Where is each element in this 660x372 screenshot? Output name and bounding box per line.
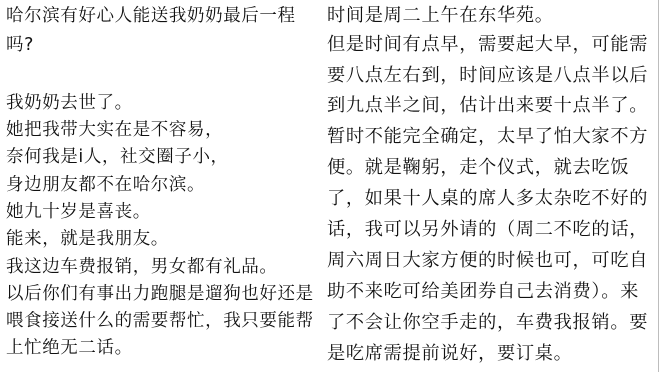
- text-line: 我这边车费报销，男女都有礼品。: [6, 255, 278, 279]
- text-line: 助不来吃可给美团券自己去消费）。来: [327, 280, 639, 304]
- text-line: 是吃席需提前说好，要订桌。: [327, 342, 573, 366]
- text-line: 周六周日大家方便的时候也可，可吃自: [327, 249, 648, 273]
- message-panel-left: 哈尔滨有好心人能送我奶奶最后一程 吗? 我奶奶去世了。 她把我带大实在是不容易，…: [0, 0, 318, 372]
- text-line: 但是时间有点早，需要起大早，可能需: [327, 33, 648, 57]
- text-line: 了不会让你空手走的，车费我报销。要: [327, 311, 648, 335]
- text-line: 她九十岁是喜丧。: [6, 200, 151, 224]
- text-line: 吗?: [6, 33, 34, 57]
- text-line: 身边朋友都不在哈尔滨。: [6, 173, 205, 197]
- text-line: 话，我可以另外请的（周二不吃的话，: [327, 218, 648, 242]
- text-line: 便。就是鞠躬，走个仪式，就去吃饭: [327, 156, 629, 180]
- text-line: 她把我带大实在是不容易，: [6, 118, 223, 142]
- text-line: 奈何我是i人，社交圈子小，: [6, 145, 229, 169]
- text-line: 暂时不能完全确定，太早了怕大家不方: [327, 125, 648, 149]
- text-line: 喂食接送什么的需要帮忙，我只要能帮: [6, 309, 314, 333]
- text-line: 哈尔滨有好心人能送我奶奶最后一程: [6, 4, 296, 28]
- text-line: 我奶奶去世了。: [6, 91, 133, 115]
- text-line: 到九点半之间，估计出来要十点半了。: [327, 94, 648, 118]
- text-line: 时间是周二上午在东华苑。: [327, 4, 554, 28]
- text-line: 要八点左右到，时间应该是八点半以后: [327, 64, 648, 88]
- text-line: 上忙绝无二话。: [6, 336, 133, 360]
- message-panel-right: 时间是周二上午在东华苑。 但是时间有点早，需要起大早，可能需 要八点左右到，时间…: [322, 0, 659, 372]
- text-line: 了，如果十人桌的席人多太杂吃不好的: [327, 187, 648, 211]
- text-line: 能来，就是我朋友。: [6, 227, 169, 251]
- text-line: 以后你们有事出力跑腿是遛狗也好还是: [6, 282, 314, 306]
